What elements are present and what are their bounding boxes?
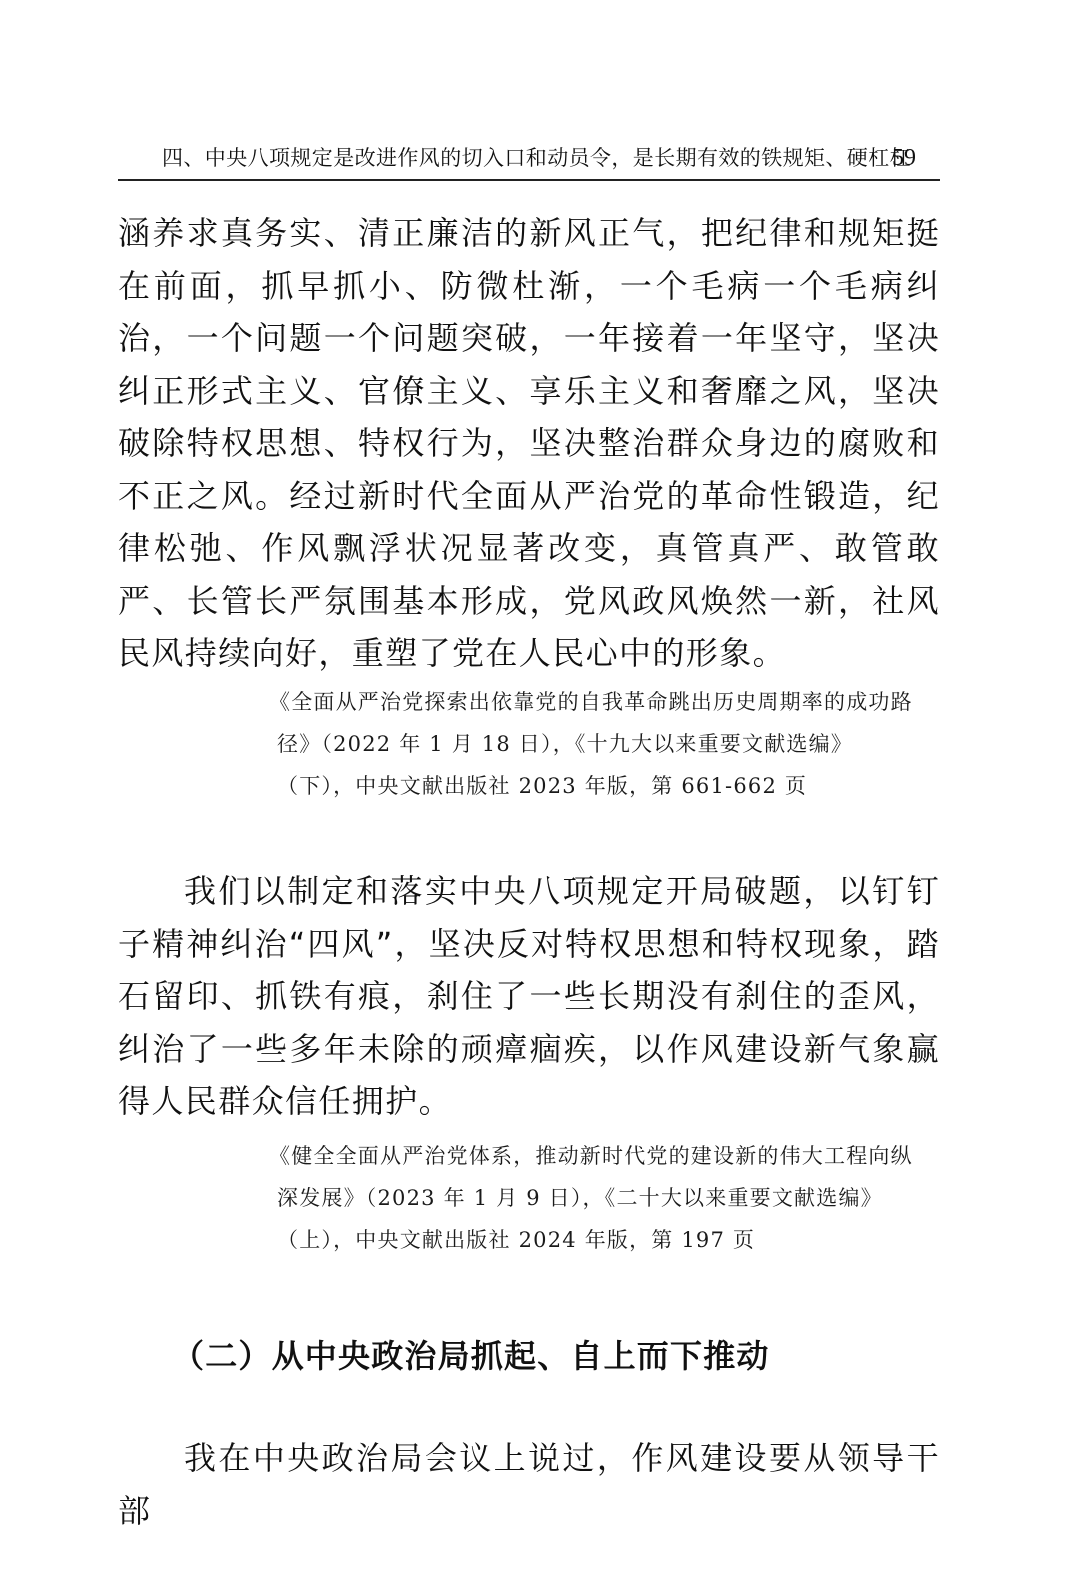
page-number: 59 xyxy=(892,143,916,173)
citation-text: 《全面从严治党探索出依靠党的自我革命跳出历史周期率的成功路径》（2022 年 1… xyxy=(277,681,917,807)
header-rule xyxy=(118,179,940,181)
section-heading: （二）从中央政治局抓起、自上而下推动 xyxy=(172,1334,770,1378)
book-page: 四、中央八项规定是改进作风的切入口和动员令，是长期有效的铁规矩、硬杠杠 59 涵… xyxy=(0,0,1080,1596)
paragraph-text: 涵养求真务实、清正廉洁的新风正气，把纪律和规矩挺在前面，抓早抓小、防微杜渐，一个… xyxy=(118,207,940,680)
paragraph-text: 我在中央政治局会议上说过，作风建设要从领导干部 xyxy=(118,1432,940,1537)
paragraph-text: 我们以制定和落实中央八项规定开局破题，以钉钉子精神纠治“四风”，坚决反对特权思想… xyxy=(118,865,940,1128)
running-header: 四、中央八项规定是改进作风的切入口和动员令，是长期有效的铁规矩、硬杠杠 59 xyxy=(120,141,930,177)
paragraph-1: 涵养求真务实、清正廉洁的新风正气，把纪律和规矩挺在前面，抓早抓小、防微杜渐，一个… xyxy=(118,207,940,680)
citation-2: 《健全全面从严治党体系，推动新时代党的建设新的伟大工程向纵深发展》（2023 年… xyxy=(277,1135,917,1261)
running-title: 四、中央八项规定是改进作风的切入口和动员令，是长期有效的铁规矩、硬杠杠 xyxy=(162,143,911,173)
citation-1: 《全面从严治党探索出依靠党的自我革命跳出历史周期率的成功路径》（2022 年 1… xyxy=(277,681,917,807)
paragraph-3: 我在中央政治局会议上说过，作风建设要从领导干部 xyxy=(118,1432,940,1537)
paragraph-2: 我们以制定和落实中央八项规定开局破题，以钉钉子精神纠治“四风”，坚决反对特权思想… xyxy=(118,865,940,1128)
citation-text: 《健全全面从严治党体系，推动新时代党的建设新的伟大工程向纵深发展》（2023 年… xyxy=(277,1135,917,1261)
